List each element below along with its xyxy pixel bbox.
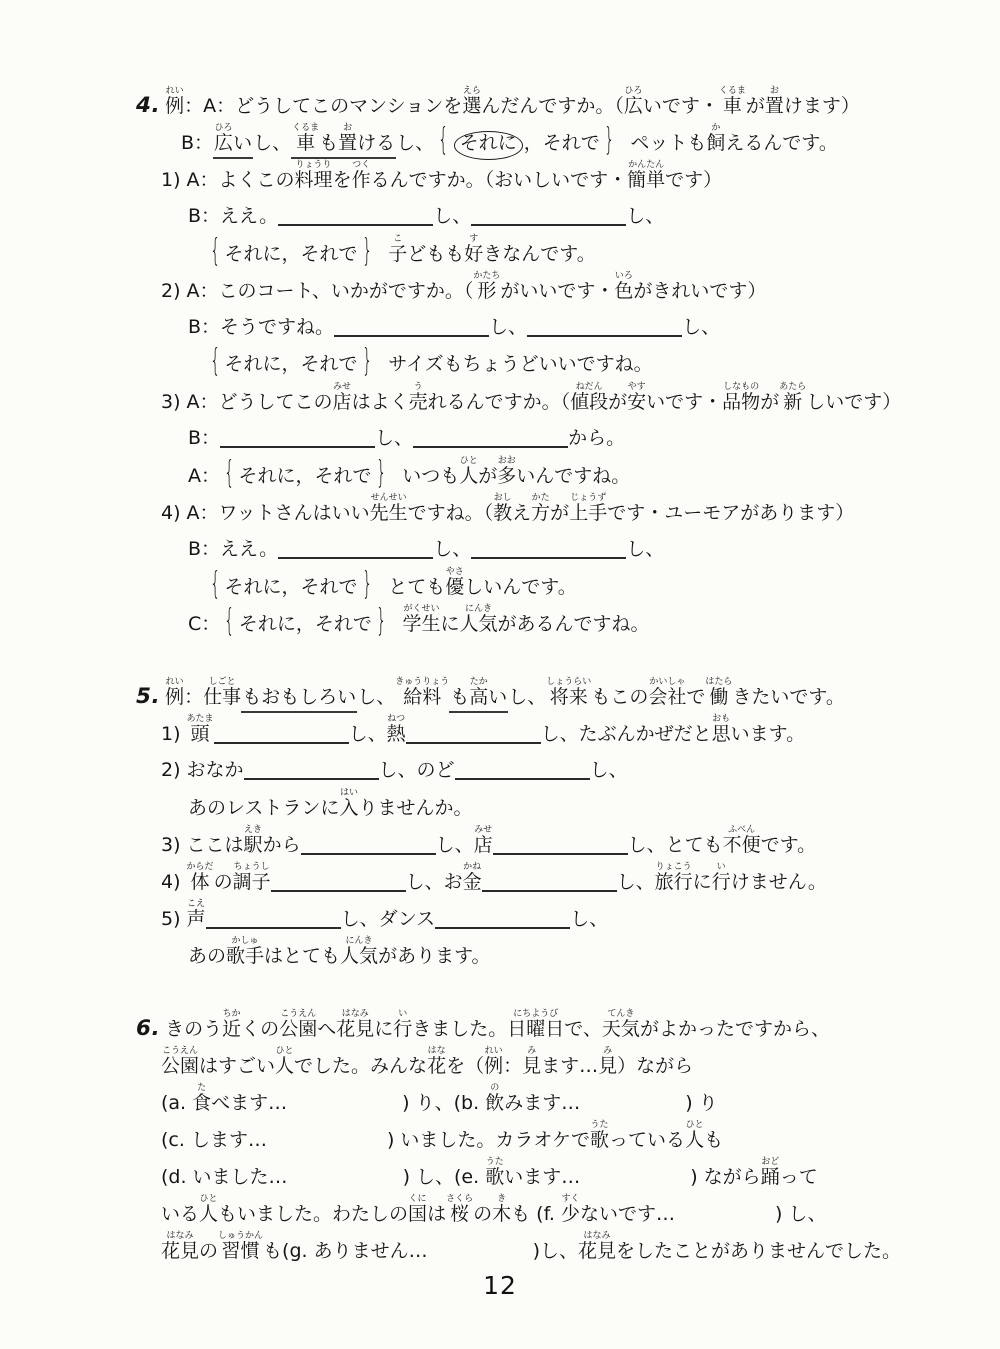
text-run: って [780, 1166, 818, 1190]
text-run: です） [665, 169, 722, 193]
furigana: か [706, 123, 725, 133]
ruby-text: 習慣しゅうかん [218, 1231, 263, 1264]
furigana: くに [408, 1194, 427, 1204]
text-run: があります。 [378, 945, 490, 969]
fill-in-blank [271, 890, 406, 892]
fill-in-blank [413, 446, 568, 448]
ruby-text: 見み [598, 1046, 617, 1079]
text-run: はよく [352, 391, 409, 415]
furigana: にちようび [507, 1009, 564, 1019]
ruby-text: 働はたら [705, 677, 732, 710]
furigana: かた [531, 493, 550, 503]
ruby-text: 公園こうえん [279, 1009, 317, 1042]
text-line: ​​1) 頭あたまし、熱ねつし、たぶんかぜだと思おもいます。 [161, 714, 944, 751]
text-run: います… [504, 1166, 580, 1190]
text-run: 5) [161, 908, 187, 932]
exercise-number: 5. [136, 684, 165, 711]
text-run: から。 [568, 427, 625, 451]
ruby-text: 飲の [485, 1083, 504, 1116]
text-run: B：そうですね。 [188, 316, 334, 340]
furigana: かしゅ [226, 936, 264, 946]
text-run: ：A：どうしてこのマンションを [184, 95, 462, 119]
text-line: ​​花見はなみの習慣しゅうかんも(g. ありません…)し、花見はなみをしたことが… [161, 1231, 944, 1268]
text-run: し、 [433, 538, 471, 562]
text-run: とても [376, 576, 445, 600]
text-run: もこの [591, 686, 648, 710]
brace-mark: { [224, 454, 235, 493]
text-run: し、たぶんかぜだと [541, 723, 712, 747]
ruby-text: 先生せんせい [370, 493, 408, 526]
brace-mark: { [224, 602, 235, 641]
ruby-text: 形かたち [473, 271, 500, 304]
ruby-text: 選えら [462, 86, 481, 119]
text-run: はとても [264, 945, 340, 969]
text-line: ​​B：広ひろいし、車くるまも置おけるし、{それに，それで} ペットも飼かえるん… [181, 123, 944, 160]
ruby-text: 見み [522, 1046, 541, 1079]
furigana: ひと [275, 1046, 294, 1056]
furigana: うた [590, 1120, 609, 1130]
ruby-text: 車くるま [719, 86, 746, 119]
text-line: ​​{それに，それで} サイズもちょうどいいですね。 [206, 345, 944, 382]
fill-in-blank [220, 446, 375, 448]
ruby-text: 思おも [712, 714, 731, 747]
furigana: ひろ [624, 86, 643, 96]
text-run: ) り [685, 1092, 717, 1116]
text-run: ： [503, 1055, 522, 1079]
furigana: ちか [222, 1009, 241, 1019]
fill-in-blank [406, 742, 541, 744]
text-run: で [686, 686, 705, 710]
text-run: ： [184, 686, 203, 710]
furigana: みせ [333, 382, 352, 392]
text-run: それに，それで [225, 243, 358, 267]
ruby-text: 国くに [408, 1194, 427, 1227]
furigana: ねつ [387, 714, 406, 724]
ruby-text: 例れい [165, 677, 184, 710]
page-content: ​​4.例れい：A：どうしてこのマンションを選えらんだんですか。（広ひろいです・… [136, 86, 944, 1268]
ruby-text: 行い [712, 862, 731, 895]
text-run: も [450, 686, 469, 710]
ruby-text: 優やさ [445, 567, 464, 600]
ruby-text: 駅えき [244, 825, 263, 858]
furigana: うた [485, 1157, 504, 1167]
text-run: を（ [446, 1055, 484, 1079]
ruby-text: 熱ねつ [387, 714, 406, 747]
text-run: 4) [161, 871, 187, 895]
fill-in-blank [471, 224, 626, 226]
ruby-text: 歌手かしゅ [226, 936, 264, 969]
brace-mark: { [438, 121, 449, 160]
furigana: しゅうかん [218, 1231, 263, 1241]
text-line: ​​5.例れい：仕事しごともおもしろいし、給料きゅうりょうも高たかいし、将来しょ… [136, 677, 944, 714]
furigana: えき [244, 825, 263, 835]
brace-mark: } [375, 454, 386, 493]
text-run: どもも [407, 243, 464, 267]
ruby-text: 近ちか [222, 1009, 241, 1042]
fill-in-blank [455, 778, 590, 780]
text-line: ​​3) ここは駅えきからし、店みせし、とても不便ふべんです。 [161, 825, 944, 862]
ruby-text: 天気てんき [602, 1009, 640, 1042]
furigana: き [492, 1194, 511, 1204]
furigana: い [393, 1009, 412, 1019]
fill-in-blank [482, 890, 617, 892]
text-run: し、とても [628, 834, 723, 858]
exercise-5: ​​5.例れい：仕事しごともおもしろいし、給料きゅうりょうも高たかいし、将来しょ… [136, 677, 944, 973]
text-run: きのう [165, 1018, 222, 1042]
furigana: はい [339, 788, 358, 798]
ruby-text: 車くるま [292, 123, 319, 156]
text-line: ​​あの歌手かしゅはとても人気にんきがあります。 [188, 936, 944, 973]
text-run: それに，それで [225, 353, 358, 377]
ruby-text: 飼か [706, 123, 725, 156]
ruby-text: 教おし [493, 493, 512, 526]
text-run: もおもしろい [242, 686, 356, 710]
text-run: (c. します… [161, 1129, 267, 1153]
ruby-text: 人気にんき [460, 604, 498, 637]
text-line: ​​4.例れい：A：どうしてこのマンションを選えらんだんですか。（広ひろいです・… [136, 86, 944, 123]
furigana: かたち [473, 271, 500, 281]
text-run: いつも [390, 465, 459, 489]
text-run [390, 613, 402, 637]
furigana: にんき [460, 604, 498, 614]
circled-word: それに [454, 131, 523, 160]
furigana: れい [484, 1046, 503, 1056]
furigana: きゅうりょう [395, 677, 449, 687]
text-run: が [608, 391, 627, 415]
ruby-text: 歌うた [485, 1157, 504, 1190]
text-line: ​​A：{それに，それで} いつも人ひとが多おおいんですね。 [188, 456, 944, 493]
furigana: はなみ [578, 1231, 616, 1241]
fill-in-blank [278, 557, 433, 559]
ruby-text: 日曜日にちようび [507, 1009, 564, 1042]
exercise-number: 6. [136, 1016, 165, 1043]
furigana: つく [352, 160, 371, 170]
furigana: ちょうし [233, 862, 271, 872]
text-run: し、 [349, 723, 387, 747]
ruby-text: 不便ふべん [723, 825, 761, 858]
text-run: れるんですか。（ [428, 391, 571, 415]
furigana: おお [497, 456, 516, 466]
ruby-text: 方かた [531, 493, 550, 526]
ruby-text: 人ひと [275, 1046, 294, 1079]
furigana: えら [462, 86, 481, 96]
text-run: 3) A：どうしてこの [161, 391, 333, 415]
furigana: さくら [446, 1194, 473, 1204]
brace-mark: { [210, 565, 221, 604]
furigana: こうえん [279, 1009, 317, 1019]
furigana: い [712, 862, 731, 872]
text-line: ​​あのレストランに入はいりませんか。 [188, 788, 944, 825]
text-run: B：ええ。 [188, 205, 278, 229]
ruby-text: 花見はなみ [161, 1231, 199, 1264]
text-run: A： [188, 465, 220, 489]
text-run: んだんですか。（ [481, 95, 624, 119]
furigana: しごと [203, 677, 241, 687]
text-line: ​​{それに，それで} とても優やさしいんです。 [206, 567, 944, 604]
text-run: りませんか。 [358, 797, 472, 821]
text-run: みます… [504, 1092, 580, 1116]
furigana: いろ [614, 271, 633, 281]
furigana: みせ [474, 825, 493, 835]
text-run: いる [161, 1203, 199, 1227]
ruby-text: 歌うた [590, 1120, 609, 1153]
brace-mark: { [210, 342, 221, 381]
ruby-text: 頭あたま [187, 714, 214, 747]
furigana: み [598, 1046, 617, 1056]
text-run: ます… [541, 1055, 598, 1079]
ruby-text: 仕事しごと [203, 677, 241, 710]
ruby-text: 上手じょうず [569, 493, 607, 526]
furigana: じょうず [569, 493, 607, 503]
text-run: です・ユーモアがあります） [607, 502, 854, 526]
text-run: ペットも [618, 132, 706, 156]
ruby-text: 将来しょうらい [546, 677, 591, 710]
ruby-text: 好す [464, 234, 483, 267]
text-line: ​​5) 声こえし、ダンスし、 [161, 899, 944, 936]
text-run: あのレストランに [188, 797, 339, 821]
ruby-text: 人ひと [459, 456, 478, 489]
text-run: をしたことがありませんでした。 [616, 1240, 901, 1264]
furigana: う [409, 382, 428, 392]
text-run: B： [188, 427, 220, 451]
text-run: が [550, 502, 569, 526]
exercise-4: ​​4.例れい：A：どうしてこのマンションを選えらんだんですか。（広ひろいです・… [136, 86, 944, 641]
text-run: し、 [590, 759, 628, 783]
text-line: ​​1) A：よくこの料理りょうりを作つくるんですか。（おいしいです・簡単かんた… [161, 160, 944, 197]
furigana: はな [427, 1046, 446, 1056]
ruby-text: 子こ [388, 234, 407, 267]
fill-in-blank [527, 335, 682, 337]
furigana: せんせい [370, 493, 408, 503]
furigana: てんき [602, 1009, 640, 1019]
furigana: かんたん [627, 160, 665, 170]
text-run: います。 [731, 723, 805, 747]
ruby-text: 体からだ [187, 862, 214, 895]
text-run: がいいです・ [500, 280, 614, 304]
text-run: (d. いました… [161, 1166, 288, 1190]
text-line: ​​(c. します…) いました。カラオケで歌うたっている人ひとも [161, 1120, 944, 1157]
text-run: しいです） [806, 391, 901, 415]
text-run: きたいです。 [732, 686, 844, 710]
text-run: はすごい [199, 1055, 275, 1079]
ruby-text: 売う [409, 382, 428, 415]
text-run: い [233, 132, 252, 156]
text-run: し、 [436, 834, 474, 858]
furigana: はなみ [336, 1009, 374, 1019]
ruby-text: 人ひと [199, 1194, 218, 1227]
text-run: でした。みんな [294, 1055, 427, 1079]
text-run: し、お [406, 871, 463, 895]
ruby-text: 高たか [469, 677, 488, 710]
text-line: ​​公園こうえんはすごい人ひとでした。みんな花はなを（例れい：見みます…見み）な… [161, 1046, 944, 1083]
furigana: やさ [445, 567, 464, 577]
text-run: いです・ [646, 391, 722, 415]
ruby-text: 簡単かんたん [627, 160, 665, 193]
text-run: )し、 [533, 1240, 578, 1264]
furigana: た [192, 1083, 211, 1093]
furigana: おも [712, 714, 731, 724]
text-line: ​​3) A：どうしてこの店みせはよく売うれるんですか。（値段ねだんが安やすいで… [161, 382, 944, 419]
text-run: がきれいです） [633, 280, 766, 304]
ruby-text: 置お [765, 86, 784, 119]
furigana: からだ [187, 862, 214, 872]
text-run: 1) [161, 723, 187, 747]
text-line: ​​(a. 食たべます…) り、(b. 飲のみます…) り [161, 1083, 944, 1120]
text-run: え [512, 502, 531, 526]
text-run: いんですね。 [516, 465, 630, 489]
text-run: の [199, 1240, 218, 1264]
text-run: が [746, 95, 765, 119]
text-run: あの [188, 945, 226, 969]
furigana: おし [493, 493, 512, 503]
furigana: の [485, 1083, 504, 1093]
ruby-text: 踊おど [761, 1157, 780, 1190]
text-run: ，それで [524, 132, 600, 156]
text-run: けません。 [731, 871, 827, 895]
text-run: を [333, 169, 352, 193]
fill-in-blank [301, 853, 436, 855]
text-run: B： [181, 132, 213, 156]
furigana: ひと [685, 1120, 704, 1130]
ruby-text: 桜さくら [446, 1194, 473, 1227]
brace-mark: { [210, 232, 221, 271]
ruby-text: 作つく [352, 160, 371, 193]
furigana: み [522, 1046, 541, 1056]
furigana: れい [165, 677, 184, 687]
text-line: ​​いる人ひともいました。わたしの国くには桜さくらの木きも (f. 少すくないで… [161, 1194, 944, 1231]
underlined-answer: 広ひろい [213, 123, 253, 159]
text-run: しいんです。 [464, 576, 576, 600]
text-run: サイズもちょうどいいですね。 [376, 353, 653, 377]
text-line: ​​4) A：ワットさんはいい先生せんせいですね。（教おしえ方かたが上手じょうず… [161, 493, 944, 530]
ruby-text: 声こえ [187, 899, 206, 932]
text-run: C： [188, 613, 220, 637]
fill-in-blank [493, 853, 628, 855]
text-run: B：ええ。 [188, 538, 278, 562]
brace-mark: } [361, 232, 372, 271]
ruby-text: 広ひろ [624, 86, 643, 119]
text-run: し、のど [379, 759, 455, 783]
furigana: くるま [719, 86, 746, 96]
furigana: おど [761, 1157, 780, 1167]
brace-mark: } [361, 565, 372, 604]
underlined-answer: も高たかい [449, 677, 508, 713]
fill-in-blank [214, 742, 349, 744]
furigana: こ [388, 234, 407, 244]
text-run: 2) A：このコート、いかがですか。（ [161, 280, 473, 304]
ruby-text: 少すく [561, 1194, 580, 1227]
text-run: し、 [375, 427, 413, 451]
ruby-text: 例れい [165, 86, 184, 119]
text-run: です。 [761, 834, 816, 858]
ruby-text: 旅行りょこう [655, 862, 693, 895]
furigana: すく [561, 1194, 580, 1204]
furigana: はなみ [161, 1231, 199, 1241]
text-run: し、ダンス [341, 908, 436, 932]
text-run [376, 243, 388, 267]
furigana: ひろ [214, 123, 233, 133]
text-run: ) り、(b. [402, 1092, 485, 1116]
furigana: かいしゃ [648, 677, 686, 687]
text-run: し、 [570, 908, 608, 932]
text-run: くの [241, 1018, 279, 1042]
furigana: あたら [779, 382, 806, 392]
brace-mark: } [375, 602, 386, 641]
text-run: きました。 [412, 1018, 507, 1042]
text-run: いです・ [643, 95, 719, 119]
text-run: ) ながら [690, 1166, 760, 1190]
exercise-6: ​​6.きのう近ちかくの公園こうえんへ花見はなみに行いきました。日曜日にちようび… [136, 1009, 944, 1268]
text-run: し、 [617, 871, 655, 895]
furigana: やす [627, 382, 646, 392]
ruby-text: 花見はなみ [336, 1009, 374, 1042]
text-run: も(g. ありません… [263, 1240, 428, 1264]
ruby-text: 花見はなみ [578, 1231, 616, 1264]
text-run: し、 [433, 205, 471, 229]
furigana: しょうらい [546, 677, 591, 687]
ruby-text: 給料きゅうりょう [395, 677, 449, 710]
text-run: が [760, 391, 779, 415]
text-run: がよかったですから、 [640, 1018, 830, 1042]
text-run: し、 [626, 205, 664, 229]
text-run: し、 [626, 538, 664, 562]
underlined-answer: 車くるまも置おける [291, 123, 396, 159]
text-run: も [319, 132, 338, 156]
furigana: たか [469, 677, 488, 687]
underlined-answer: もおもしろい [241, 686, 357, 713]
text-run: し、 [489, 316, 527, 340]
fill-in-blank [278, 224, 433, 226]
text-run: も [704, 1129, 723, 1153]
ruby-text: 多おお [497, 456, 516, 489]
text-run: 1) A：よくこの [161, 169, 295, 193]
text-run: し、 [508, 686, 546, 710]
text-run: それに，それで [239, 465, 372, 489]
ruby-text: 広ひろ [214, 123, 233, 156]
furigana: くるま [292, 123, 319, 133]
text-run: も (f. [511, 1203, 561, 1227]
ruby-text: 入はい [339, 788, 358, 821]
furigana: ひと [199, 1194, 218, 1204]
text-line: ​​B：そうですね。し、し、 [188, 308, 944, 345]
ruby-text: 店みせ [333, 382, 352, 415]
ruby-text: 人気にんき [340, 936, 378, 969]
ruby-text: 店みせ [474, 825, 493, 858]
ruby-text: 調子ちょうし [233, 862, 271, 895]
furigana: こえ [187, 899, 206, 909]
text-run: (a. [161, 1092, 192, 1116]
text-run: い [488, 686, 507, 710]
text-line: ​​B：ええ。し、し、 [188, 197, 944, 234]
furigana: はたら [705, 677, 732, 687]
text-run: ける [357, 132, 395, 156]
furigana: あたま [187, 714, 214, 724]
text-run: があるんですね。 [498, 613, 650, 637]
text-run: るんですか。（おいしいです・ [371, 169, 628, 193]
ruby-text: 金かね [463, 862, 482, 895]
text-run: それに，それで [239, 613, 372, 637]
furigana: ねだん [570, 382, 608, 392]
ruby-text: 行い [393, 1009, 412, 1042]
ruby-text: 値段ねだん [570, 382, 608, 415]
ruby-text: 公園こうえん [161, 1046, 199, 1079]
text-run: に [374, 1018, 393, 1042]
text-run: ですね。（ [408, 502, 494, 526]
text-run: えるんです。 [725, 132, 837, 156]
text-run: の [214, 871, 233, 895]
text-run: 2) おなか [161, 759, 244, 783]
text-line: ​​{それに，それで} 子こどもも好すきなんです。 [206, 234, 944, 271]
